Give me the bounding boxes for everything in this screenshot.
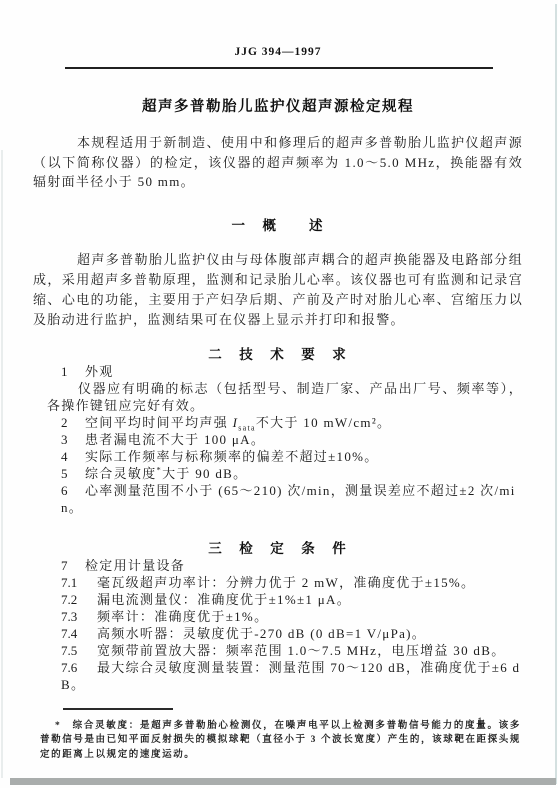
clause-1: 1外观 <box>61 363 523 380</box>
clause-text: 毫瓦级超声功率计：分辨力优于 2 mW，准确度优于±15%。 <box>97 575 475 590</box>
clause-7-4: 7.4高频水听器：灵敏度优于-270 dB (0 dB=1 V/μPa)。 <box>61 625 523 642</box>
clause-number: 7.6 <box>61 659 97 676</box>
intro-paragraph: 本规程适用于新制造、使用中和修理后的超声多普勒胎儿监护仪超声源（以下简称仪器）的… <box>33 133 523 192</box>
clause-number: 7.5 <box>61 642 97 659</box>
clause-number: 3 <box>61 431 85 448</box>
section-overview-heading: 一 概 述 <box>33 214 523 234</box>
clause-number: 7.2 <box>61 591 97 608</box>
footnote-rule <box>63 708 173 710</box>
clause-4: 4实际工作频率与标称频率的偏差不超过±10%。 <box>61 448 523 465</box>
clause-text: 空间平均时间平均声强 <box>85 415 233 430</box>
page-right-edge-shadow <box>555 4 557 784</box>
clause-text: 实际工作频率与标称频率的偏差不超过±10%。 <box>85 449 379 464</box>
clause-7: 7检定用计量设备 <box>61 557 523 574</box>
clause-number: 5 <box>61 465 85 482</box>
document-page: JJG 394—1997 超声多普勒胎儿监护仪超声源检定规程 本规程适用于新制造… <box>0 0 558 788</box>
clause-7-5: 7.5宽频带前置放大器：频率范围 1.0～7.5 MHz，电压增益 30 dB。 <box>61 642 523 659</box>
footnote: * 综合灵敏度：是超声多普勒胎心检测仪，在噪声电平以上检测多普勒信号能力的度量。… <box>40 719 521 763</box>
clause-2: 2空间平均时间平均声强 Isata不大于 10 mW/cm²。 <box>61 414 523 431</box>
clause-7-2: 7.2漏电流测量仪：准确度优于±1%±1 μA。 <box>61 591 523 608</box>
clause-text: 漏电流测量仪：准确度优于±1%±1 μA。 <box>97 592 351 607</box>
page-left-edge <box>1 150 3 778</box>
clause-number: 4 <box>61 448 85 465</box>
clause-3: 3患者漏电流不大于 100 μA。 <box>61 431 523 448</box>
clause-7-6: 7.6最大综合灵敏度测量装置：测量范围 70～120 dB，准确度优于±6 dB… <box>61 659 523 693</box>
clause-number: 6 <box>61 482 85 499</box>
clause-number: 7.3 <box>61 608 97 625</box>
clause-text: 高频水听器：灵敏度优于-270 dB (0 dB=1 V/μPa)。 <box>97 626 426 641</box>
doc-code: JJG 394—1997 <box>33 46 523 58</box>
clause-text: 综合灵敏度 <box>85 466 157 481</box>
clause-text: 宽频带前置放大器：频率范围 1.0～7.5 MHz，电压增益 30 dB。 <box>97 643 506 658</box>
page-number: 1 <box>477 716 483 728</box>
clause-text: 不大于 10 mW/cm²。 <box>256 415 391 430</box>
clause-1-body: 仪器应有明确的标志（包括型号、制造厂家、产品出厂号、频率等），各操作键钮应完好有… <box>47 380 523 414</box>
clause-text: 患者漏电流不大于 100 μA。 <box>85 432 265 447</box>
footnote-text: 综合灵敏度：是超声多普勒胎心检测仪，在噪声电平以上检测多普勒信号能力的度量。该多… <box>40 721 521 760</box>
header-rule <box>65 67 493 69</box>
clause-text: 心率测量范围不小于 (65～210) 次/min，测量误差应不超过±2 次/mi… <box>61 483 516 515</box>
clause-number: 2 <box>61 414 85 431</box>
clause-number: 1 <box>61 363 85 380</box>
clause-6: 6心率测量范围不小于 (65～210) 次/min，测量误差应不超过±2 次/m… <box>61 482 523 516</box>
doc-title: 超声多普勒胎儿监护仪超声源检定规程 <box>33 95 523 116</box>
overview-paragraph: 超声多普勒胎儿监护仪由与母体腹部声耦合的超声换能器及电路部分组成，采用超声多普勒… <box>33 250 523 330</box>
clause-number: 7.1 <box>61 574 97 591</box>
clause-title: 外观 <box>85 364 114 379</box>
section-technical-heading: 二 技 术 要 求 <box>33 343 523 363</box>
clause-text: 频率计：准确度优于±1%。 <box>97 609 268 624</box>
clause-7-3: 7.3频率计：准确度优于±1%。 <box>61 608 523 625</box>
page-bottom-shadow <box>10 778 556 785</box>
clause-5: 5综合灵敏度*大于 90 dB。 <box>61 465 523 482</box>
clause-text: 最大综合灵敏度测量装置：测量范围 70～120 dB，准确度优于±6 dB。 <box>61 660 520 692</box>
clause-text: 大于 90 dB。 <box>162 466 247 481</box>
clause-7-1: 7.1毫瓦级超声功率计：分辨力优于 2 mW，准确度优于±15%。 <box>61 574 523 591</box>
section-conditions-heading: 三 检 定 条 件 <box>33 537 523 557</box>
clause-title: 检定用计量设备 <box>85 558 185 573</box>
clause-number: 7 <box>61 557 85 574</box>
clause-number: 7.4 <box>61 625 97 642</box>
